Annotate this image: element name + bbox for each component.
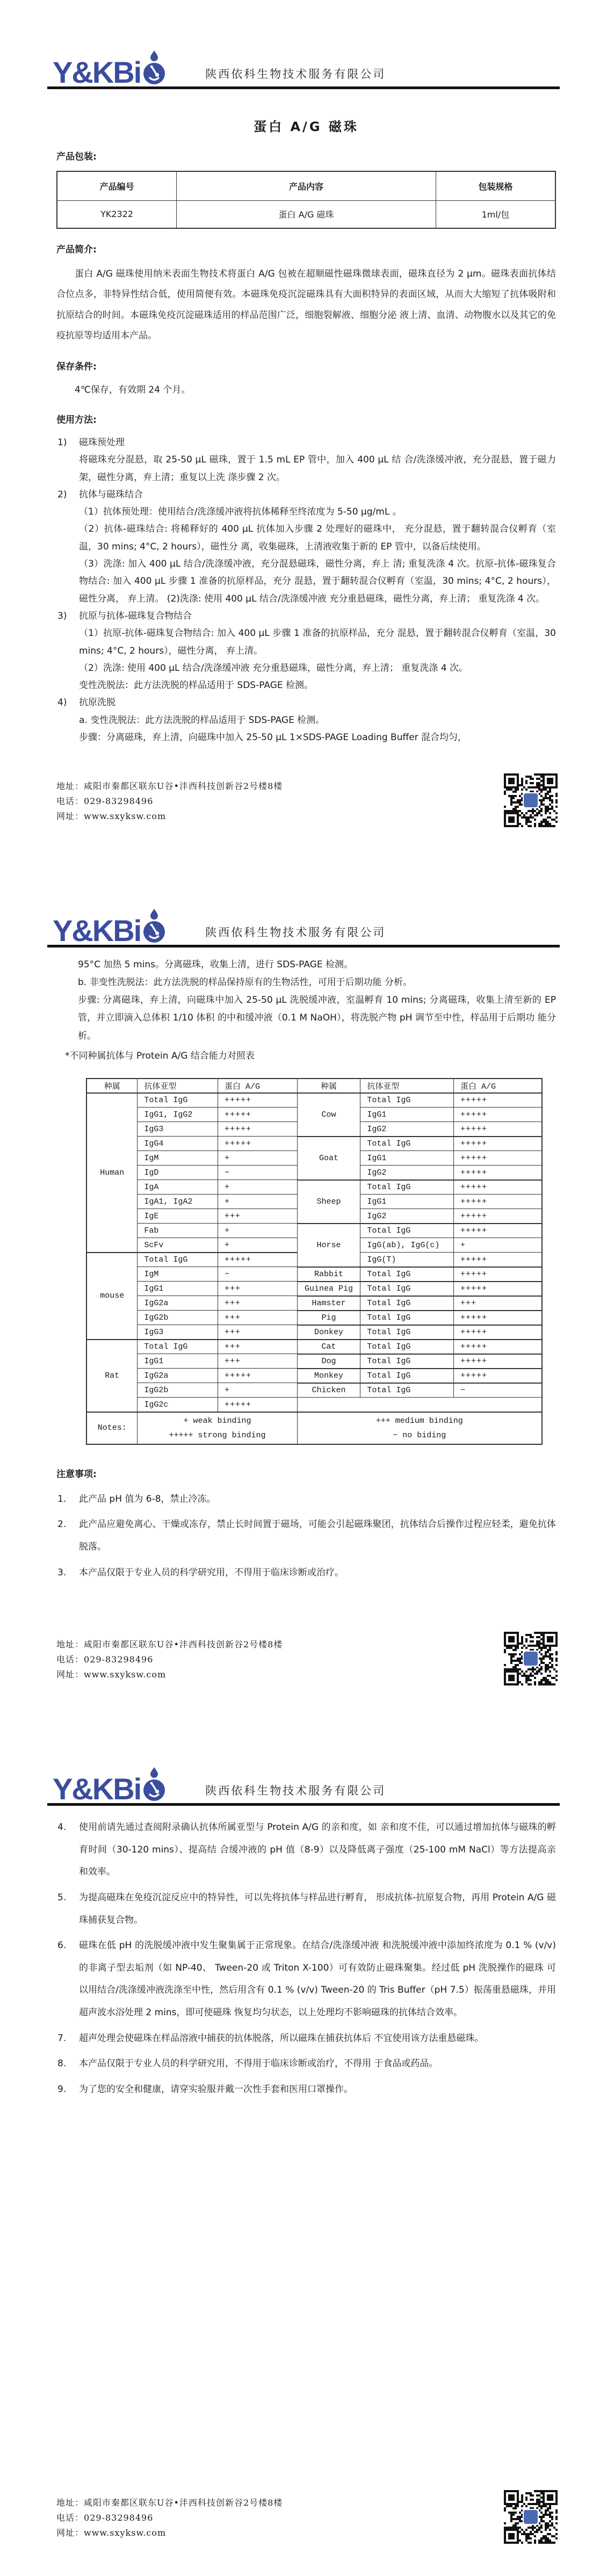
column-header-product-code: 产品编号: [57, 171, 177, 200]
binding-strength-cell: +++++: [453, 1122, 542, 1137]
header-subtype-left: 抗体亚型: [138, 1079, 218, 1093]
notice-text: 为提高磁珠在免疫沉淀反应中的特异性，可以先将抗体与样品进行孵育， 形成抗体-抗原…: [79, 1887, 556, 1931]
subtype-cell: IgM: [138, 1267, 218, 1282]
subtype-cell: IgM: [138, 1151, 218, 1166]
subtype-cell: IgG2: [360, 1122, 454, 1137]
usage-item: 1)磁珠预处理将磁珠充分混悬，取 25-50 μL 磁珠，置于 1.5 mL E…: [56, 434, 556, 486]
page-1-content: 蛋白 A/G 磁珠 产品包装: 产品编号 产品内容 包装规格 YK2322 蛋白…: [56, 116, 556, 746]
subtype-cell: IgG1: [138, 1354, 218, 1369]
notice-item: 9.为了您的安全和健康，请穿实验服并戴一次性手套和医用口罩操作。: [56, 2079, 556, 2101]
binding-strength-cell: +++++: [453, 1108, 542, 1122]
usage-item-line: （1）抗体预处理：使用结合/洗涤缓冲液将抗体稀释至终浓度为 5-50 μg/mL…: [79, 503, 556, 520]
page-header: Y&KBi 陕西依科生物技术服务有限公司: [47, 1717, 560, 1806]
website-value: www.sxyksw.com: [84, 1669, 166, 1680]
binding-table-row: IgG2b+++PigTotal IgG+++++: [86, 1311, 542, 1325]
usage-item-line: （1）抗原-抗体-磁珠复合物结合: 加入 400 μL 步骤 1 准备的抗原样品…: [79, 625, 556, 660]
usage-item-title: 抗原洗脱: [79, 694, 115, 711]
address-label: 地址：: [56, 781, 84, 791]
notice-number: 4.: [56, 1817, 79, 1884]
subtype-cell: IgG1: [360, 1151, 454, 1166]
company-logo: Y&KBi: [53, 1766, 167, 1801]
binding-strength-cell: +++++: [453, 1340, 542, 1354]
notice-number: 5.: [56, 1887, 79, 1931]
address-value: 咸阳市秦都区联东U谷•沣西科技创新谷2号楼8楼: [84, 1639, 283, 1649]
notice-number: 2.: [56, 1514, 79, 1558]
species-cell: Human: [86, 1093, 138, 1253]
footer-contact: 地址：咸阳市秦都区联东U谷•沣西科技创新谷2号楼8楼 电话：029-832984…: [56, 1635, 283, 1683]
page-3: Y&KBi 陕西依科生物技术服务有限公司 4.使用前请先通过查阅附录确认抗体所属…: [0, 1717, 607, 2575]
binding-table-row: IgM−RabbitTotal IgG+++++: [86, 1267, 542, 1282]
notice-number: 1.: [56, 1488, 79, 1511]
footer-address: 地址：咸阳市秦都区联东U谷•沣西科技创新谷2号楼8楼: [56, 2496, 283, 2508]
website-label: 网址：: [56, 1669, 84, 1680]
subtype-cell: IgG2: [360, 1166, 454, 1180]
subtype-cell: IgG2: [360, 1209, 454, 1224]
header-protein-ag-right: 蛋白 A/G: [453, 1079, 542, 1093]
usage-item-heading: 2)抗体与磁珠结合: [56, 486, 556, 503]
species-cell: Donkey: [297, 1325, 360, 1340]
species-cell: Rabbit: [297, 1267, 360, 1282]
species-cell: Monkey: [297, 1369, 360, 1383]
binding-strength-cell: −: [218, 1166, 297, 1180]
binding-strength-cell: +++++: [453, 1311, 542, 1325]
notes-label-cell: Notes:: [86, 1412, 138, 1444]
footer-contact: 地址：咸阳市秦都区联东U谷•沣西科技创新谷2号楼8楼 电话：029-832984…: [56, 2493, 283, 2541]
subtype-cell: IgG2a: [138, 1296, 218, 1311]
storage-heading: 保存条件:: [56, 359, 556, 372]
subtype-cell: Total IgG: [360, 1325, 454, 1340]
packaging-table: 产品编号 产品内容 包装规格 YK2322 蛋白 A/G 磁珠 1ml/包: [56, 171, 556, 229]
notice-text: 本产品仅限于专业人员的科学研究用，不得用于临床诊断或治疗。: [79, 1562, 556, 1584]
page-footer: 地址：咸阳市秦都区联东U谷•沣西科技创新谷2号楼8楼 电话：029-832984…: [56, 773, 558, 827]
page-2: Y&KBi 陕西依科生物技术服务有限公司 95°C 加热 5 mins。分离磁珠…: [0, 858, 607, 1717]
phone-value: 029-83298496: [84, 1654, 153, 1665]
logo-text: Y&KBi: [53, 1777, 141, 1801]
notice-text: 此产品 pH 值为 6-8，禁止冷冻。: [79, 1488, 556, 1511]
notice-item: 2.此产品应避免离心、干燥或冻存，禁止长时间置于磁场，可能会引起磁珠聚团，抗体结…: [56, 1514, 556, 1558]
binding-strength-cell: +++++: [453, 1166, 542, 1180]
subtype-cell: IgG1: [138, 1282, 218, 1296]
binding-strength-cell: +++++: [453, 1137, 542, 1151]
notice-text: 此产品应避免离心、干燥或冻存，禁止长时间置于磁场，可能会引起磁珠聚团，抗体结合后…: [79, 1514, 556, 1558]
species-cell: Pig: [297, 1311, 360, 1325]
binding-strength-cell: +++++: [453, 1369, 542, 1383]
binding-table-row: IgA+SheepTotal IgG+++++: [86, 1180, 542, 1195]
notice-text: 磁珠在低 pH 的洗脱缓冲液中发生聚集属于正常现象。在结合/洗涤缓冲液 和洗脱缓…: [79, 1935, 556, 2024]
binding-strength-cell: −: [218, 1267, 297, 1282]
notice-item: 8.本产品仅限于专业人员的科学研究用，不得用于临床诊断或治疗，不得用 于食品或药…: [56, 2053, 556, 2075]
species-cell: Dog: [297, 1354, 360, 1369]
page-3-content: 4.使用前请先通过查阅附录确认抗体所属亚型与 Protein A/G 的亲和度，…: [56, 1806, 556, 2101]
binding-strength-cell: +++++: [218, 1137, 297, 1151]
notice-item: 3.本产品仅限于专业人员的科学研究用，不得用于临床诊断或治疗。: [56, 1562, 556, 1584]
binding-table-row: IgG2a+++HamsterTotal IgG+++: [86, 1296, 542, 1311]
page-footer: 地址：咸阳市秦都区联东U谷•沣西科技创新谷2号楼8楼 电话：029-832984…: [56, 1632, 558, 1685]
species-cell: Sheep: [297, 1180, 360, 1224]
notes-medium-none-cell: +++ medium binding− no biding: [297, 1412, 542, 1444]
binding-strength-cell: +++: [218, 1282, 297, 1296]
notice-item: 1.此产品 pH 值为 6-8，禁止冷冻。: [56, 1488, 556, 1511]
subtype-cell: Total IgG: [360, 1311, 454, 1325]
footer-contact: 地址：咸阳市秦都区联东U谷•沣西科技创新谷2号楼8楼 电话：029-832984…: [56, 777, 283, 824]
address-label: 地址：: [56, 1639, 84, 1649]
binding-table-row: IgG2c+++++: [86, 1398, 542, 1412]
notice-text: 超声处理会使磁珠在样品溶液中捕获的抗体脱落，所以磁珠在捕获抗体后 不宜使用该方法…: [79, 2028, 556, 2050]
usage-item: 2)抗体与磁珠结合（1）抗体预处理：使用结合/洗涤缓冲液将抗体稀释至终浓度为 5…: [56, 486, 556, 607]
packaging-header-row: 产品编号 产品内容 包装规格: [57, 171, 555, 200]
product-title: 蛋白 A/G 磁珠: [56, 116, 556, 135]
header-species-right: 种属: [297, 1079, 360, 1093]
subtype-cell: Total IgG: [138, 1093, 218, 1108]
microscope-icon: [142, 49, 167, 85]
usage-item-line: （2）抗体-磁珠结合: 将稀释好的 400 μL 抗体加入步骤 2 处理好的磁珠…: [79, 520, 556, 555]
binding-strength-cell: +++++: [453, 1209, 542, 1224]
header-logo-row: Y&KBi 陕西依科生物技术服务有限公司: [47, 49, 560, 85]
notes-line: + weak binding: [144, 1414, 290, 1428]
continuation-line-a: 95°C 加热 5 mins。分离磁珠，收集上清，进行 SDS-PAGE 检测。: [78, 956, 556, 974]
notice-item: 7.超声处理会使磁珠在样品溶液中捕获的抗体脱落，所以磁珠在捕获抗体后 不宜使用该…: [56, 2028, 556, 2050]
empty-cell: [297, 1398, 542, 1412]
notice-text: 使用前请先通过查阅附录确认抗体所属亚型与 Protein A/G 的亲和度，如 …: [79, 1817, 556, 1884]
logo-text: Y&KBi: [53, 918, 141, 943]
notice-text: 本产品仅限于专业人员的科学研究用，不得用于临床诊断或治疗，不得用 于食品或药品。: [79, 2053, 556, 2075]
website-label: 网址：: [56, 2528, 84, 2538]
notices-heading: 注意事项:: [56, 1466, 556, 1480]
subtype-cell: IgG1, IgG2: [138, 1108, 218, 1122]
storage-text: 4℃保存，有效期 24 个月。: [56, 381, 556, 399]
usage-item-line: （3）洗涤: 加入 400 μL 结合/洗涤缓冲液，充分混悬磁珠，磁性分离，弃上…: [79, 555, 556, 607]
binding-strength-cell: +++++: [453, 1267, 542, 1282]
usage-item-number: 1): [56, 434, 79, 451]
binding-strength-cell: +++++: [218, 1108, 297, 1122]
subtype-cell: IgG2b: [138, 1383, 218, 1398]
binding-strength-cell: +++: [218, 1354, 297, 1369]
binding-table-row: IgG1+++DogTotal IgG+++++: [86, 1354, 542, 1369]
notices-list-1: 1.此产品 pH 值为 6-8，禁止冷冻。2.此产品应避免离心、干燥或冻存，禁止…: [56, 1488, 556, 1584]
subtype-cell: IgA: [138, 1180, 218, 1195]
address-label: 地址：: [56, 2498, 84, 2508]
species-cell: Hamster: [297, 1296, 360, 1311]
usage-item-line: （2）洗涤: 使用 400 μL 结合/洗涤缓冲液 充分重悬磁珠，磁性分离，弃上…: [79, 660, 556, 677]
packaging-data-row: YK2322 蛋白 A/G 磁珠 1ml/包: [57, 200, 555, 228]
intro-paragraph: 蛋白 A/G 磁珠使用纳米表面生物技术将蛋白 A/G 包被在超顺磁性磁珠微球表面…: [56, 264, 556, 346]
company-name: 陕西依科生物技术服务有限公司: [205, 924, 386, 943]
binding-strength-cell: +++++: [453, 1151, 542, 1166]
packaging-heading: 产品包装:: [56, 149, 556, 162]
phone-value: 029-83298496: [84, 796, 153, 806]
continuation-steps: 步骤: 分离磁珠，弃上清，向磁珠中加入 25-50 μL 洗脱缓冲液，室温孵育 …: [78, 992, 556, 1045]
notes-line: − no biding: [304, 1428, 535, 1443]
microscope-icon: [142, 908, 167, 943]
subtype-cell: Total IgG: [360, 1383, 454, 1398]
subtype-cell: IgG(T): [360, 1253, 454, 1267]
subtype-cell: IgG2c: [138, 1398, 218, 1412]
subtype-cell: IgG1: [360, 1108, 454, 1122]
company-logo: Y&KBi: [53, 908, 167, 943]
subtype-cell: Total IgG: [360, 1224, 454, 1238]
notice-number: 8.: [56, 2053, 79, 2075]
binding-table-notes-row: Notes:+ weak binding+++++ strong binding…: [86, 1412, 542, 1444]
droplet-icon: [150, 909, 158, 920]
binding-strength-cell: +: [218, 1180, 297, 1195]
usage-item-line: 将磁珠充分混悬，取 25-50 μL 磁珠，置于 1.5 mL EP 管中，加入…: [79, 451, 556, 486]
footer-address: 地址：咸阳市秦都区联东U谷•沣西科技创新谷2号楼8楼: [56, 779, 283, 792]
subtype-cell: Total IgG: [360, 1180, 454, 1195]
usage-item-title: 抗原与抗体-磁珠复合物结合: [79, 607, 192, 625]
subtype-cell: Total IgG: [360, 1137, 454, 1151]
page-header: Y&KBi 陕西依科生物技术服务有限公司: [47, 858, 560, 947]
page-2-content: 95°C 加热 5 mins。分离磁珠，收集上清，进行 SDS-PAGE 检测。…: [56, 956, 556, 1584]
binding-strength-cell: +++++: [218, 1122, 297, 1137]
cell-product-code: YK2322: [57, 200, 177, 228]
phone-label: 电话：: [56, 2513, 84, 2523]
header-subtype-right: 抗体亚型: [360, 1079, 454, 1093]
footer-phone: 电话：029-83298496: [56, 1653, 283, 1665]
subtype-cell: Total IgG: [138, 1253, 218, 1267]
phone-label: 电话：: [56, 796, 84, 806]
binding-strength-cell: −: [453, 1383, 542, 1398]
binding-strength-cell: +++++: [218, 1369, 297, 1383]
website-value: www.sxyksw.com: [84, 811, 166, 821]
binding-strength-cell: +: [218, 1383, 297, 1398]
website-label: 网址：: [56, 811, 84, 821]
subtype-cell: IgA1, IgA2: [138, 1195, 218, 1209]
binding-table-row: Fab+HorseTotal IgG+++++: [86, 1224, 542, 1238]
column-header-product-content: 产品内容: [177, 171, 436, 200]
notes-line: +++ medium binding: [304, 1414, 535, 1428]
species-cell: Cat: [297, 1340, 360, 1354]
qr-code: [504, 773, 558, 827]
droplet-icon: [150, 1767, 158, 1778]
droplet-icon: [150, 50, 158, 61]
usage-item-heading: 1)磁珠预处理: [56, 434, 556, 451]
usage-list: 1)磁珠预处理将磁珠充分混悬，取 25-50 μL 磁珠，置于 1.5 mL E…: [56, 434, 556, 746]
usage-item-line: 步骤：分离磁珠，弃上清，向磁珠中加入 25-50 μL 1×SDS-PAGE L…: [79, 729, 556, 746]
binding-strength-cell: +++: [218, 1340, 297, 1354]
subtype-cell: Fab: [138, 1224, 218, 1238]
subtype-cell: Total IgG: [360, 1282, 454, 1296]
binding-table-row: RatTotal IgG+++CatTotal IgG+++++: [86, 1340, 542, 1354]
binding-strength-cell: +++++: [453, 1180, 542, 1195]
binding-strength-cell: +: [218, 1238, 297, 1253]
usage-item: 4)抗原洗脱a. 变性洗脱法：此方法洗脱的样品适用于 SDS-PAGE 检测。步…: [56, 694, 556, 746]
continuation-line-b: b. 非变性洗脱法：此方法洗脱的样品保持原有的生物活性，可用于后期功能 分析。: [78, 974, 556, 992]
binding-table-row: IgG2a+++++MonkeyTotal IgG+++++: [86, 1369, 542, 1383]
qr-code: [504, 2490, 558, 2544]
notice-item: 6.磁珠在低 pH 的洗脱缓冲液中发生聚集属于正常现象。在结合/洗涤缓冲液 和洗…: [56, 1935, 556, 2024]
footer-address: 地址：咸阳市秦都区联东U谷•沣西科技创新谷2号楼8楼: [56, 1638, 283, 1650]
phone-value: 029-83298496: [84, 2513, 153, 2523]
usage-item-title: 磁珠预处理: [79, 434, 125, 451]
header-protein-ag-left: 蛋白 A/G: [218, 1079, 297, 1093]
binding-strength-cell: +++++: [453, 1195, 542, 1209]
binding-table-row: IgG1+++Guinea PigTotal IgG+++++: [86, 1282, 542, 1296]
notice-text: 为了您的安全和健康，请穿实验服并戴一次性手套和医用口罩操作。: [79, 2079, 556, 2101]
notice-item: 4.使用前请先通过查阅附录确认抗体所属亚型与 Protein A/G 的亲和度，…: [56, 1817, 556, 1884]
notice-item: 5.为提高磁珠在免疫沉淀反应中的特异性，可以先将抗体与样品进行孵育， 形成抗体-…: [56, 1887, 556, 1931]
company-logo: Y&KBi: [53, 49, 167, 85]
column-header-pack-size: 包装规格: [436, 171, 555, 200]
binding-table-caption: *不同种属抗体与 Protein A/G 结合能力对照表: [65, 1047, 556, 1065]
subtype-cell: Total IgG: [138, 1340, 218, 1354]
binding-strength-cell: +++++: [453, 1282, 542, 1296]
company-name: 陕西依科生物技术服务有限公司: [205, 66, 386, 85]
cell-pack-size: 1ml/包: [436, 200, 555, 228]
binding-strength-cell: +++++: [453, 1354, 542, 1369]
notices-list-2: 4.使用前请先通过查阅附录确认抗体所属亚型与 Protein A/G 的亲和度，…: [56, 1817, 556, 2101]
usage-item-number: 2): [56, 486, 79, 503]
usage-heading: 使用方法:: [56, 412, 556, 425]
footer-website: 网址：www.sxyksw.com: [56, 2526, 283, 2538]
usage-continuation: 95°C 加热 5 mins。分离磁珠，收集上清，进行 SDS-PAGE 检测。…: [56, 956, 556, 1065]
binding-strength-cell: +++: [218, 1209, 297, 1224]
usage-item: 3)抗原与抗体-磁珠复合物结合（1）抗原-抗体-磁珠复合物结合: 加入 400 …: [56, 607, 556, 694]
species-cell: Chicken: [297, 1383, 360, 1398]
header-species-left: 种属: [86, 1079, 138, 1093]
species-cell: Horse: [297, 1224, 360, 1267]
subtype-cell: Total IgG: [360, 1093, 454, 1108]
subtype-cell: IgG3: [138, 1325, 218, 1340]
subtype-cell: IgG4: [138, 1137, 218, 1151]
binding-table-row: IgG3+++DonkeyTotal IgG+++++: [86, 1325, 542, 1340]
binding-strength-cell: +++: [218, 1296, 297, 1311]
subtype-cell: IgD: [138, 1166, 218, 1180]
footer-phone: 电话：029-83298496: [56, 794, 283, 807]
binding-strength-cell: +++++: [218, 1093, 297, 1108]
binding-header-row: 种属 抗体亚型 蛋白 A/G 种属 抗体亚型 蛋白 A/G: [86, 1079, 542, 1093]
binding-table-row: IgG2b+ChickenTotal IgG−: [86, 1383, 542, 1398]
website-value: www.sxyksw.com: [84, 2528, 166, 2538]
binding-strength-cell: +: [218, 1151, 297, 1166]
subtype-cell: IgG2b: [138, 1311, 218, 1325]
subtype-cell: IgG2a: [138, 1369, 218, 1383]
microscope-icon: [142, 1766, 167, 1801]
binding-strength-cell: +++++: [453, 1093, 542, 1108]
binding-strength-cell: +: [453, 1238, 542, 1253]
notice-number: 7.: [56, 2028, 79, 2050]
subtype-cell: Total IgG: [360, 1267, 454, 1282]
address-value: 咸阳市秦都区联东U谷•沣西科技创新谷2号楼8楼: [84, 781, 283, 791]
subtype-cell: Total IgG: [360, 1340, 454, 1354]
usage-item-number: 4): [56, 694, 79, 711]
binding-strength-cell: +++++: [218, 1398, 297, 1412]
company-name: 陕西依科生物技术服务有限公司: [205, 1782, 386, 1801]
species-cell: Rat: [86, 1340, 138, 1412]
binding-strength-cell: +++++: [453, 1224, 542, 1238]
subtype-cell: IgG3: [138, 1122, 218, 1137]
subtype-cell: IgG1: [360, 1195, 454, 1209]
notice-number: 3.: [56, 1562, 79, 1584]
binding-table-row: IgG4+++++GoatTotal IgG+++++: [86, 1137, 542, 1151]
notice-number: 9.: [56, 2079, 79, 2101]
subtype-cell: Total IgG: [360, 1369, 454, 1383]
subtype-cell: IgE: [138, 1209, 218, 1224]
usage-item-number: 3): [56, 607, 79, 625]
binding-strength-cell: +++++: [218, 1253, 297, 1267]
binding-strength-cell: +: [218, 1195, 297, 1209]
species-cell: Cow: [297, 1093, 360, 1137]
subtype-cell: Total IgG: [360, 1296, 454, 1311]
subtype-cell: ScFv: [138, 1238, 218, 1253]
page-1: Y&KBi 陕西依科生物技术服务有限公司 蛋白 A/G 磁珠 产品包装:: [0, 0, 607, 858]
header-logo-row: Y&KBi 陕西依科生物技术服务有限公司: [47, 1766, 560, 1801]
footer-phone: 电话：029-83298496: [56, 2511, 283, 2523]
binding-strength-cell: +++: [453, 1296, 542, 1311]
notes-weak-strong-cell: + weak binding+++++ strong binding: [138, 1412, 297, 1444]
cell-product-content: 蛋白 A/G 磁珠: [177, 200, 436, 228]
address-value: 咸阳市秦都区联东U谷•沣西科技创新谷2号楼8楼: [84, 2498, 283, 2508]
binding-strength-cell: +++++: [453, 1325, 542, 1340]
intro-heading: 产品简介:: [56, 242, 556, 255]
binding-table: 种属 抗体亚型 蛋白 A/G 种属 抗体亚型 蛋白 A/G HumanTotal…: [86, 1078, 543, 1445]
usage-item-line: 变性洗脱法：此方法洗脱的样品适用于 SDS-PAGE 检测。: [79, 677, 556, 694]
usage-item-line: a. 变性洗脱法：此方法洗脱的样品适用于 SDS-PAGE 检测。: [79, 712, 556, 729]
usage-item-heading: 3)抗原与抗体-磁珠复合物结合: [56, 607, 556, 625]
usage-item-title: 抗体与磁珠结合: [79, 486, 143, 503]
phone-label: 电话：: [56, 1654, 84, 1665]
header-logo-row: Y&KBi 陕西依科生物技术服务有限公司: [47, 908, 560, 943]
qr-code: [504, 1632, 558, 1685]
binding-strength-cell: +++: [218, 1311, 297, 1325]
usage-item-heading: 4)抗原洗脱: [56, 694, 556, 711]
subtype-cell: Total IgG: [360, 1354, 454, 1369]
notice-number: 6.: [56, 1935, 79, 2024]
page-header: Y&KBi 陕西依科生物技术服务有限公司: [47, 0, 560, 89]
subtype-cell: IgG(ab), IgG(c): [360, 1238, 454, 1253]
page-footer: 地址：咸阳市秦都区联东U谷•沣西科技创新谷2号楼8楼 电话：029-832984…: [56, 2490, 558, 2544]
binding-strength-cell: +++++: [453, 1253, 542, 1267]
logo-text: Y&KBi: [53, 60, 141, 85]
notes-line: +++++ strong binding: [144, 1428, 290, 1443]
binding-strength-cell: +: [218, 1224, 297, 1238]
footer-website: 网址：www.sxyksw.com: [56, 809, 283, 822]
binding-strength-cell: +++: [218, 1325, 297, 1340]
species-cell: Guinea Pig: [297, 1282, 360, 1296]
species-cell: mouse: [86, 1253, 138, 1340]
footer-website: 网址：www.sxyksw.com: [56, 1668, 283, 1680]
binding-table-row: HumanTotal IgG+++++CowTotal IgG+++++: [86, 1093, 542, 1108]
species-cell: Goat: [297, 1137, 360, 1180]
